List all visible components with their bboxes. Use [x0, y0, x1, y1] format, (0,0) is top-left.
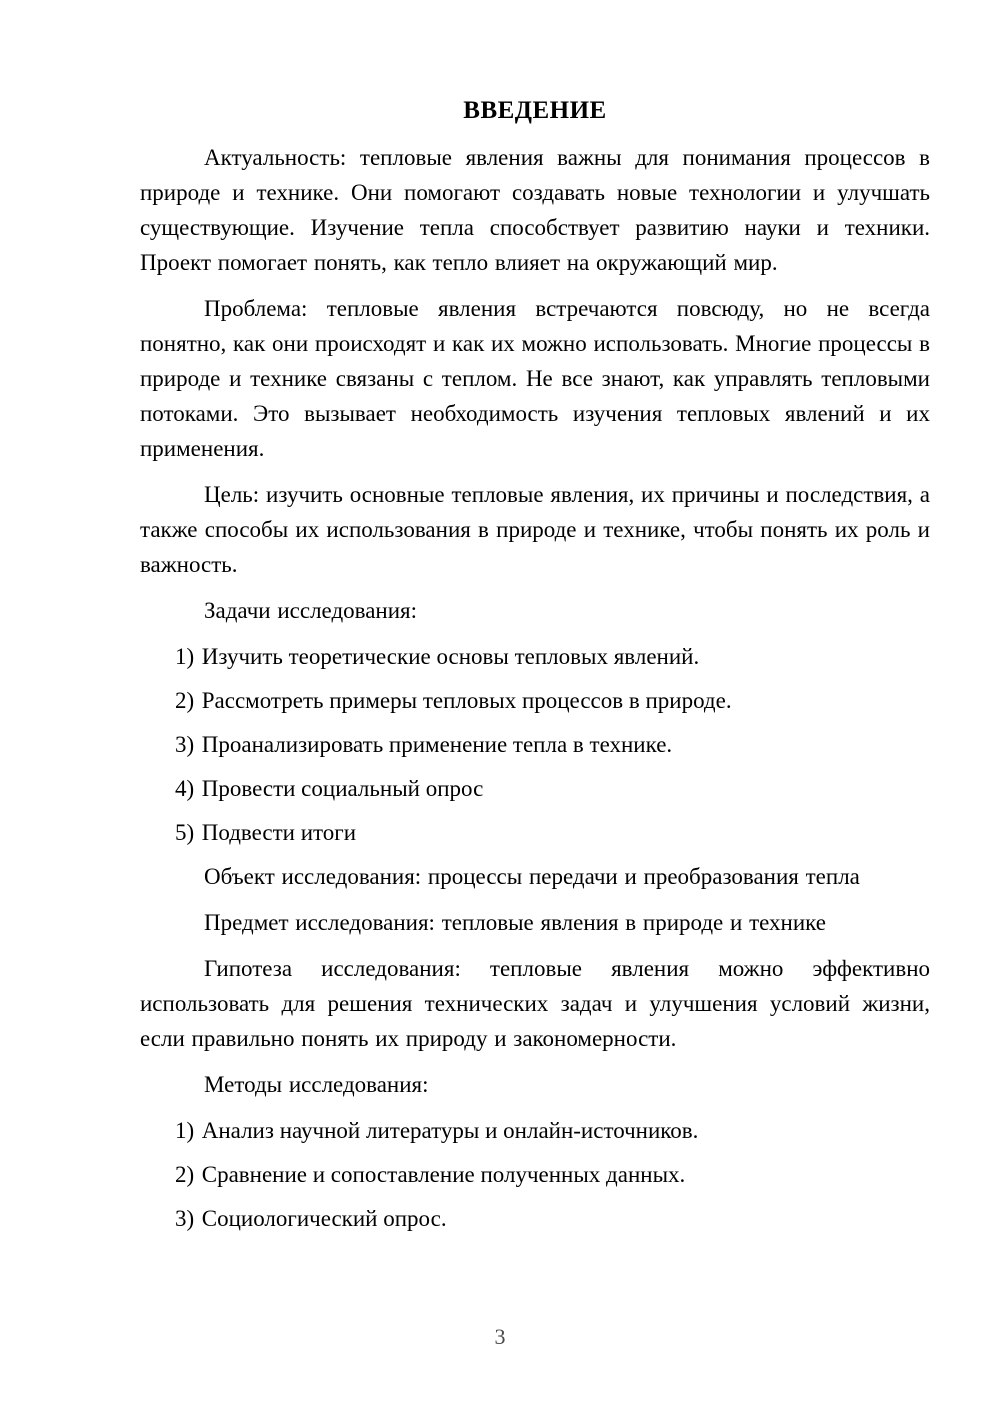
task-item-text: Рассмотреть примеры тепловых процессов в…: [202, 688, 732, 713]
task-item-marker: 4): [175, 776, 194, 801]
page-number: 3: [0, 1322, 1000, 1352]
task-item-marker: 2): [175, 688, 194, 713]
document-content: ВВЕДЕНИЕ Актуальность: тепловые явления …: [140, 96, 930, 1245]
method-item-marker: 2): [175, 1162, 194, 1187]
task-item-marker: 1): [175, 644, 194, 669]
task-item-text: Проанализировать применение тепла в техн…: [202, 732, 672, 757]
method-item: 2)Сравнение и сопоставление полученных д…: [175, 1157, 930, 1192]
tasks-heading: Задачи исследования:: [140, 593, 930, 628]
method-item-marker: 1): [175, 1118, 194, 1143]
methods-heading: Методы исследования:: [140, 1067, 930, 1102]
paragraph-aktualnost: Актуальность: тепловые явления важны для…: [140, 140, 930, 280]
method-item-text: Анализ научной литературы и онлайн-источ…: [202, 1118, 699, 1143]
method-item-text: Социологический опрос.: [202, 1206, 447, 1231]
task-item: 3)Проанализировать применение тепла в те…: [175, 727, 930, 762]
task-item-marker: 5): [175, 820, 194, 845]
paragraph-obekt: Объект исследования: процессы передачи и…: [140, 859, 930, 894]
method-item: 1)Анализ научной литературы и онлайн-ист…: [175, 1113, 930, 1148]
task-item: 2)Рассмотреть примеры тепловых процессов…: [175, 683, 930, 718]
paragraph-gipoteza: Гипотеза исследования: тепловые явления …: [140, 951, 930, 1056]
task-item: 4)Провести социальный опрос: [175, 771, 930, 806]
paragraph-tsel: Цель: изучить основные тепловые явления,…: [140, 477, 930, 582]
task-item-text: Провести социальный опрос: [202, 776, 484, 801]
method-item-marker: 3): [175, 1206, 194, 1231]
page-title: ВВЕДЕНИЕ: [140, 96, 930, 126]
task-item-marker: 3): [175, 732, 194, 757]
document-page: ВВЕДЕНИЕ Актуальность: тепловые явления …: [0, 0, 1000, 1414]
task-item: 5)Подвести итоги: [175, 815, 930, 850]
task-item-text: Подвести итоги: [202, 820, 356, 845]
method-item-text: Сравнение и сопоставление полученных дан…: [202, 1162, 686, 1187]
task-item-text: Изучить теоретические основы тепловых яв…: [202, 644, 699, 669]
paragraph-problema: Проблема: тепловые явления встречаются п…: [140, 291, 930, 466]
paragraph-predmet: Предмет исследования: тепловые явления в…: [140, 905, 930, 940]
method-item: 3)Социологический опрос.: [175, 1201, 930, 1236]
task-item: 1)Изучить теоретические основы тепловых …: [175, 639, 930, 674]
